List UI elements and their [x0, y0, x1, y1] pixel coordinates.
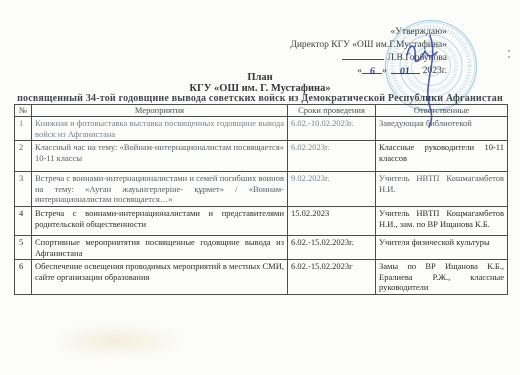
pen-dot-artifacts [508, 46, 514, 66]
scanned-document-page: «Утверждаю» Директор КГУ «ОШ им.Г.Мустаф… [0, 0, 520, 375]
row-number: 3 [15, 172, 32, 207]
row-dates: 6.02.-15.02.2023г. [288, 235, 376, 259]
handwritten-day: 6 [369, 66, 375, 79]
table-row: 6 Обеспечение освещения проводимых мероп… [15, 260, 508, 295]
table-row: 2 Классный час на тему: «Войнам-интернац… [15, 141, 508, 172]
row-dates: 9.02.2023г. [288, 172, 376, 207]
row-number: 5 [15, 235, 32, 259]
row-dates: 6.02.2023г. [288, 141, 376, 172]
table-row: 1 Книжная и фотовыставка выставка посвящ… [15, 117, 508, 141]
row-dates: 6.02.-10.02.2023г. [288, 117, 376, 141]
date-day-underline: 6 [362, 65, 382, 74]
row-responsible: Учитель НВТП Кошмагамбетов Н.И. [376, 172, 508, 207]
row-responsible: Классные руководители 10-11 классов [376, 141, 508, 172]
row-event: Встреча с воинами-интернационалистами и … [32, 172, 288, 207]
row-responsible: Учителя физической культуры [376, 235, 508, 259]
row-number: 1 [15, 117, 32, 141]
row-event: Книжная и фотовыставка выставка посвящен… [32, 117, 288, 141]
header-events: Мероприятия [32, 105, 288, 117]
row-number: 4 [15, 206, 32, 235]
official-stamp-icon [381, 18, 481, 118]
events-table: № Мероприятия Сроки проведения Ответстве… [14, 104, 508, 295]
row-number: 6 [15, 260, 32, 295]
row-responsible: Заведующая библиотекой [376, 117, 508, 141]
table-row: 3 Встреча с воинами-интернационалистами … [15, 172, 508, 207]
row-responsible: Учитель НВТП Кощмагамбетов Н.И., зам. по… [376, 206, 508, 235]
row-event: Классный час на тему: «Войнам-интернацио… [32, 141, 288, 172]
signature-underline [342, 51, 384, 60]
row-responsible: Замы по ВР Ищанова К.Б., Ералиева Р.Ж., … [376, 260, 508, 295]
row-dates: 6.02.-15.02.2023г [288, 260, 376, 295]
row-dates: 15.02.2023 [288, 206, 376, 235]
row-event: Спортивные мероприятятия посвященные год… [32, 235, 288, 259]
row-number: 2 [15, 141, 32, 172]
scan-smudge-artifact [58, 324, 188, 358]
header-dates: Сроки проведения [288, 105, 376, 117]
row-event: Встреча с воинами-интернационалистами и … [32, 206, 288, 235]
row-event: Обеспечение освещения проводимых меропри… [32, 260, 288, 295]
table-row: 5 Спортивные мероприятятия посвященные г… [15, 235, 508, 259]
table-row: 4 Встреча с воинами-интернационалистами … [15, 206, 508, 235]
header-number: № [15, 105, 32, 117]
